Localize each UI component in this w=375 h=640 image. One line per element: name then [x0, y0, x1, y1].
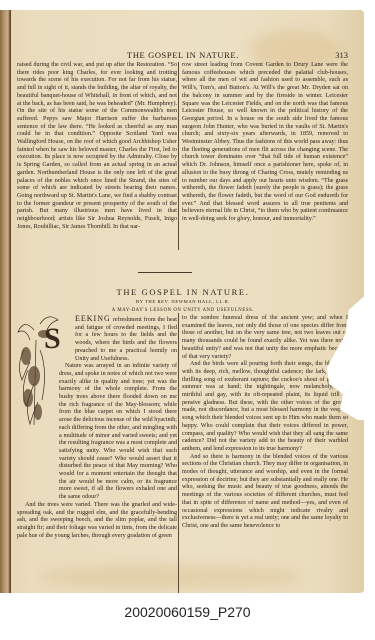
article-right-column: to the sombre funereal dress of the anci… — [182, 315, 348, 531]
image-caption: 20020060159_P270 — [0, 604, 375, 620]
paragraph: And the birds were all pouring forth the… — [182, 361, 348, 453]
page-number: 313 — [335, 50, 348, 60]
top-right-column: row street leading from Covent Garden to… — [182, 62, 348, 224]
column-divider — [178, 313, 179, 593]
opening-paragraph: EEKING refreshment from the heat and fat… — [17, 315, 177, 363]
opening-text: refreshment from the heat and fatigue of… — [75, 317, 177, 362]
book-spine — [0, 10, 11, 593]
paper-stain — [40, 565, 300, 589]
running-head: THE GOSPEL IN NATURE. — [14, 50, 352, 60]
section-divider — [138, 272, 192, 273]
paragraph: row street leading from Covent Garden to… — [182, 62, 348, 224]
paragraph: And the trees were varied. There was the… — [17, 502, 177, 541]
paragraph: And so there is harmony in the blended v… — [182, 454, 348, 531]
paragraph: raised during the civil war, and put up … — [17, 62, 177, 231]
article-byline: BY THE REV. NEWMAN HALL, LL.B. — [14, 299, 352, 304]
top-left-column: raised during the civil war, and put up … — [17, 62, 177, 231]
paragraph: Nature was arrayed in an infinite variet… — [17, 363, 177, 502]
article-left-column: EEKING refreshment from the heat and fat… — [17, 315, 177, 540]
article-title: THE GOSPEL IN NATURE. — [14, 287, 352, 297]
paragraph: to the sombre funereal dress of the anci… — [182, 315, 348, 361]
column-divider — [178, 62, 179, 250]
opening-word: EEKING — [75, 314, 111, 323]
book-page: THE GOSPEL IN NATURE. 313 raised during … — [0, 10, 364, 593]
